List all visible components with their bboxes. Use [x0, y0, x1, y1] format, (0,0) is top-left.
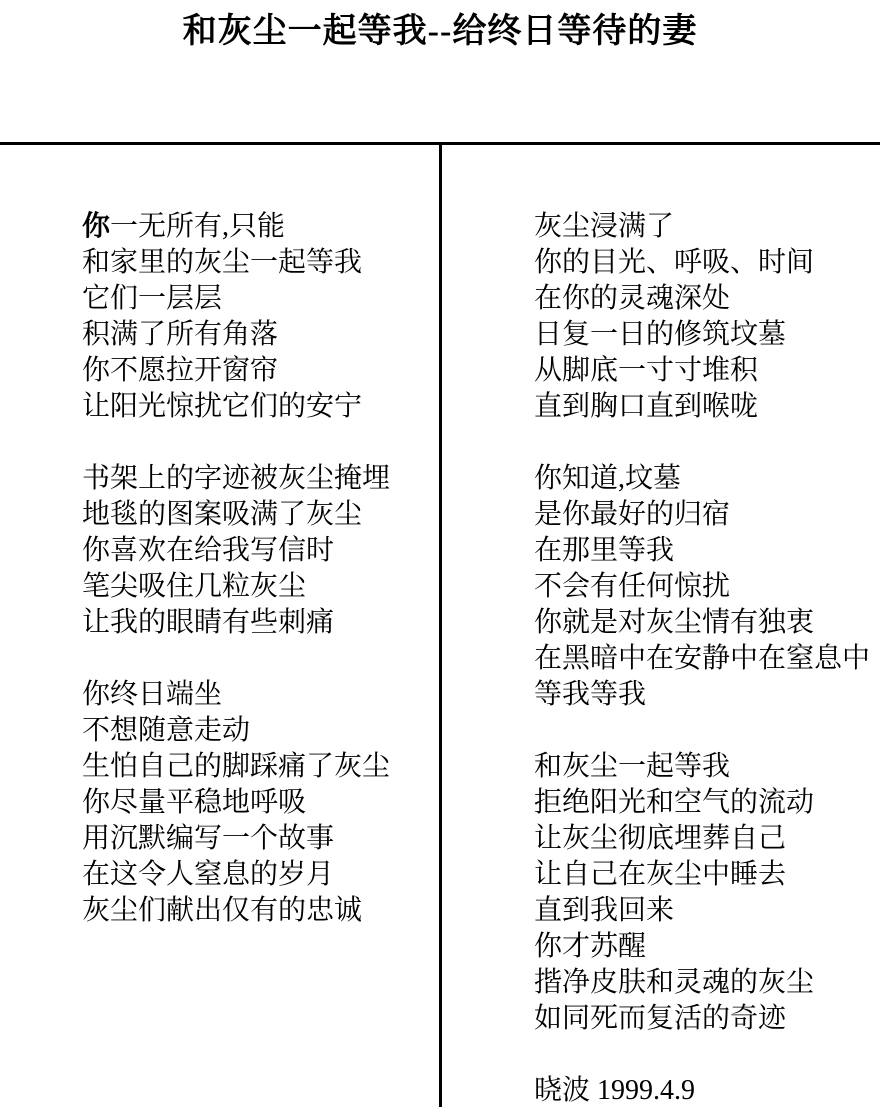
stanza: 书架上的字迹被灰尘掩埋地毯的图案吸满了灰尘你喜欢在给我写信时笔尖吸住几粒灰尘让我… [82, 461, 429, 641]
poem-line: 和家里的灰尘一起等我 [82, 245, 429, 281]
poem-line: 不会有任何惊扰 [534, 569, 880, 605]
poem-line: 你的目光、呼吸、时间 [534, 245, 880, 281]
poem-line: 等我等我 [534, 677, 880, 713]
poem-line: 揩净皮肤和灵魂的灰尘 [534, 965, 880, 1001]
poem-title: 和灰尘一起等我--给终日等待的妻 [0, 0, 880, 56]
poem-line: 和灰尘一起等我 [534, 749, 880, 785]
poem-line: 让自己在灰尘中睡去 [534, 857, 880, 893]
poem-line: 你不愿拉开窗帘 [82, 353, 429, 389]
poem-line: 让我的眼睛有些刺痛 [82, 605, 429, 641]
poem-line: 你一无所有,只能 [82, 209, 429, 245]
poem-line: 地毯的图案吸满了灰尘 [82, 497, 429, 533]
poem-line: 你终日端坐 [82, 677, 429, 713]
poem-line: 让灰尘彻底埋葬自己 [534, 821, 880, 857]
poem-line: 你才苏醒 [534, 929, 880, 965]
poem-line: 不想随意走动 [82, 713, 429, 749]
poem-line: 它们一层层 [82, 281, 429, 317]
poem-right-column: 灰尘浸满了你的目光、呼吸、时间在你的灵魂深处日复一日的修筑坟墓从脚底一寸寸堆积直… [439, 145, 880, 1107]
poem-line: 直到我回来 [534, 893, 880, 929]
stanza: 你一无所有,只能和家里的灰尘一起等我它们一层层积满了所有角落你不愿拉开窗帘让阳光… [82, 209, 429, 425]
poem-line: 灰尘浸满了 [534, 209, 880, 245]
poem-line: 灰尘们献出仅有的忠诚 [82, 893, 429, 929]
poem-line: 从脚底一寸寸堆积 [534, 353, 880, 389]
poem-line: 生怕自己的脚踩痛了灰尘 [82, 749, 429, 785]
poem-line: 你知道,坟墓 [534, 461, 880, 497]
poem-line: 拒绝阳光和空气的流动 [534, 785, 880, 821]
poem-line: 积满了所有角落 [82, 317, 429, 353]
poem-left-column: 你一无所有,只能和家里的灰尘一起等我它们一层层积满了所有角落你不愿拉开窗帘让阳光… [0, 145, 439, 1107]
poem-line: 你喜欢在给我写信时 [82, 533, 429, 569]
poem-line: 在黑暗中在安静中在窒息中 [534, 641, 880, 677]
bold-lead-word: 你 [82, 211, 110, 242]
poem-line: 你就是对灰尘情有独衷 [534, 605, 880, 641]
stanza: 灰尘浸满了你的目光、呼吸、时间在你的灵魂深处日复一日的修筑坟墓从脚底一寸寸堆积直… [534, 209, 880, 425]
poem-line: 是你最好的归宿 [534, 497, 880, 533]
poem-line: 直到胸口直到喉咙 [534, 389, 880, 425]
author-signature: 晓波 1999.4.9 [534, 1073, 880, 1107]
poem-page: 和灰尘一起等我--给终日等待的妻 你一无所有,只能和家里的灰尘一起等我它们一层层… [0, 0, 880, 1107]
poem-line: 在这令人窒息的岁月 [82, 857, 429, 893]
poem-line: 在你的灵魂深处 [534, 281, 880, 317]
stanza: 和灰尘一起等我拒绝阳光和空气的流动让灰尘彻底埋葬自己让自己在灰尘中睡去直到我回来… [534, 749, 880, 1037]
poem-line: 在那里等我 [534, 533, 880, 569]
poem-line: 用沉默编写一个故事 [82, 821, 429, 857]
poem-line: 书架上的字迹被灰尘掩埋 [82, 461, 429, 497]
poem-line: 如同死而复活的奇迹 [534, 1001, 880, 1037]
poem-line: 笔尖吸住几粒灰尘 [82, 569, 429, 605]
poem-line: 你尽量平稳地呼吸 [82, 785, 429, 821]
poem-line: 让阳光惊扰它们的安宁 [82, 389, 429, 425]
poem-columns: 你一无所有,只能和家里的灰尘一起等我它们一层层积满了所有角落你不愿拉开窗帘让阳光… [0, 145, 880, 1107]
stanza: 你终日端坐不想随意走动生怕自己的脚踩痛了灰尘你尽量平稳地呼吸用沉默编写一个故事在… [82, 677, 429, 929]
stanza: 你知道,坟墓是你最好的归宿在那里等我不会有任何惊扰你就是对灰尘情有独衷在黑暗中在… [534, 461, 880, 713]
poem-line: 日复一日的修筑坟墓 [534, 317, 880, 353]
